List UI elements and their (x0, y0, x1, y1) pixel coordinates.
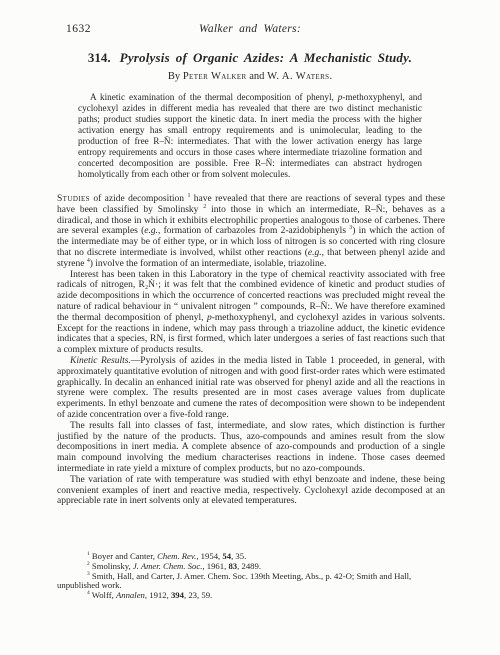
body-paragraph-2: Interest has been taken in this Laborato… (57, 270, 445, 356)
footnote-3: 3 Smith, Hall, and Carter, J. Amer. Chem… (57, 572, 447, 592)
journal-page: 1632 Walker and Waters: 314.Pyrolysis of… (0, 0, 500, 655)
article-body: Studies of azide decomposition 1 have re… (57, 194, 445, 507)
body-paragraph-5: The variation of rate with temperature w… (57, 475, 445, 507)
article-title: Pyrolysis of Organic Azides: A Mechanist… (120, 50, 412, 65)
abstract: A kinetic examination of the thermal dec… (78, 92, 422, 180)
body-paragraph-1: Studies of azide decomposition 1 have re… (57, 194, 445, 270)
body-paragraph-4: The results fall into classes of fast, i… (57, 421, 445, 475)
footnotes: 1 Boyer and Canter, Chem. Rev., 1954, 54… (57, 552, 447, 601)
running-head: Walker and Waters: (0, 23, 500, 35)
body-paragraph-3: Kinetic Results.—Pyrolysis of azides in … (57, 356, 445, 421)
article-number: 314. (88, 50, 111, 65)
byline: By Peter Walker and W. A. Waters. (0, 71, 500, 82)
footnote-4: 4 Wolff, Annalen, 1912, 394, 23, 59. (57, 591, 447, 601)
article-title-line: 314.Pyrolysis of Organic Azides: A Mecha… (0, 50, 500, 66)
